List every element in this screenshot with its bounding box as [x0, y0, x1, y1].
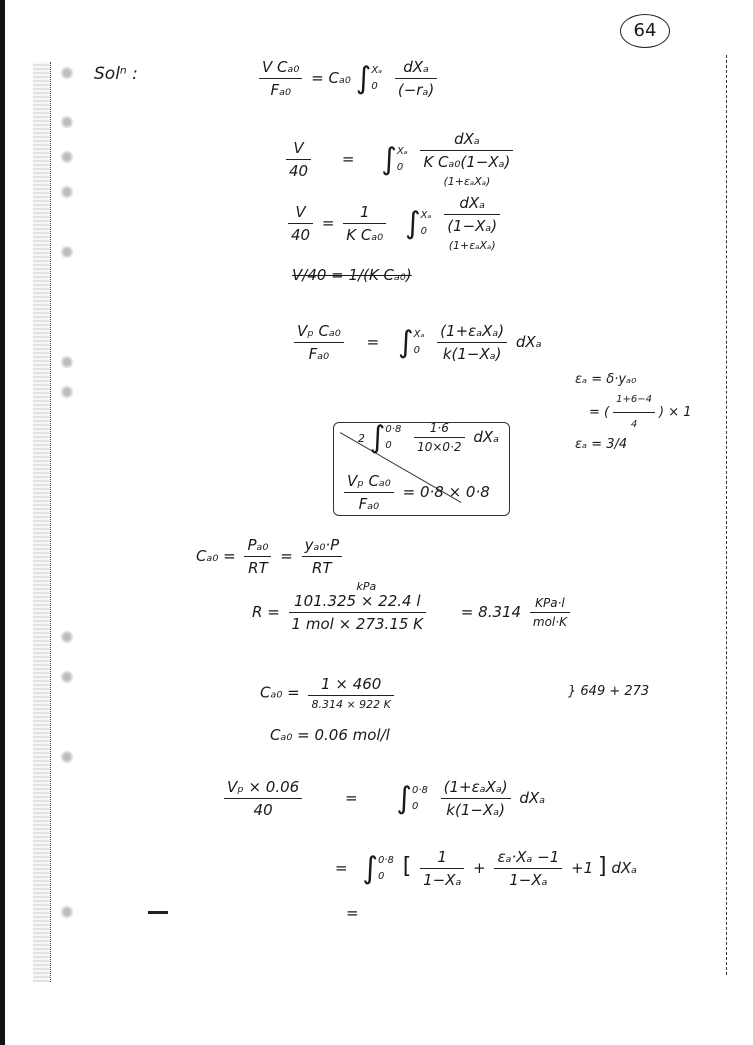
- struck-equation: V/40 = 1/(K Cₐ₀): [292, 266, 412, 284]
- equation-pfr-substituted: Vₚ × 0.0640 = ∫0·80 (1+εₐXₐ)k(1−Xₐ) dXₐ: [220, 778, 545, 819]
- equation-continuation: =: [346, 904, 359, 922]
- binding-strip: [33, 62, 50, 982]
- punch-hole: [60, 385, 74, 399]
- solution-heading: Solⁿ :: [94, 64, 138, 84]
- equation-cao-calc: Cₐ₀ = 1 × 4608.314 × 922 K: [260, 675, 398, 711]
- equation-pfr: Vₚ Cₐ₀Fₐ₀ = ∫Xₐ0 (1+εₐXₐ)k(1−Xₐ) dXₐ: [290, 322, 542, 363]
- equation-expanded-integrand: = ∫0·80 [ 11−Xₐ + εₐ·Xₐ −11−Xₐ +1 ] dXₐ: [335, 848, 637, 889]
- scan-edge: [0, 0, 5, 1045]
- equation-design: V Cₐ₀Fₐ₀ = Cₐ₀ ∫Xₐ0 dXₐ(−rₐ): [255, 58, 441, 99]
- equation-volume: V40 = ∫Xₐ0 dXₐK Cₐ₀(1−Xₐ)(1+εₐXₐ): [282, 130, 517, 189]
- equation-initial-concentration: Cₐ₀ = Pₐ₀RT = yₐ₀·PRT: [196, 536, 346, 577]
- equation-gas-constant: R = kPa101.325 × 22.4 l1 mol × 273.15 K …: [252, 592, 574, 633]
- punch-hole: [60, 670, 74, 684]
- punch-hole: [60, 750, 74, 764]
- equation-volume-rearranged: V40 = 1K Cₐ₀ ∫Xₐ0 dXₐ(1−Xₐ)(1+εₐXₐ): [284, 194, 504, 253]
- punch-hole: [60, 905, 74, 919]
- punch-hole: [60, 185, 74, 199]
- punch-hole: [60, 355, 74, 369]
- equation-cao-result: Cₐ₀ = 0.06 mol/l: [270, 726, 390, 744]
- epsilon-side-note: εₐ = δ·yₐ₀ = (1+6−44) × 1 εₐ = 3/4: [575, 370, 691, 455]
- right-margin-line: [726, 55, 728, 975]
- temperature-note: } 649 + 273: [568, 684, 649, 699]
- punch-hole: [60, 245, 74, 259]
- stray-mark: [148, 911, 168, 914]
- punch-hole: [60, 66, 74, 80]
- punch-hole: [60, 115, 74, 129]
- punch-hole: [60, 630, 74, 644]
- binding-line: [50, 62, 52, 982]
- struck-integral: 2 ∫0·80 1·610×0·2 dXₐ: [358, 420, 499, 455]
- page-number: 64: [620, 14, 670, 48]
- punch-hole: [60, 150, 74, 164]
- struck-result: Vₚ Cₐ₀Fₐ₀ = 0·8 × 0·8: [340, 472, 490, 513]
